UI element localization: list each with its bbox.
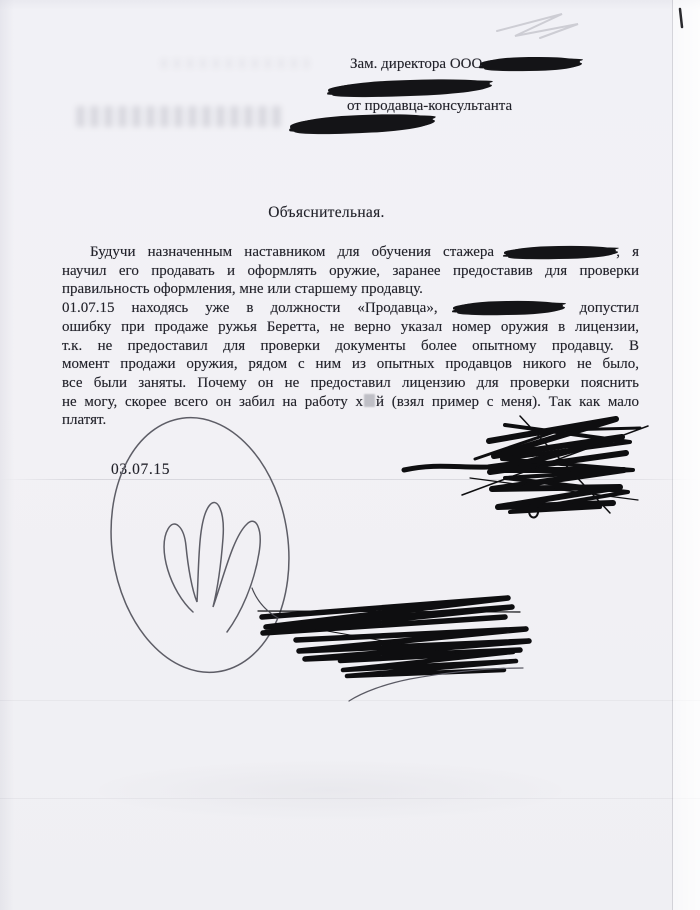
text-run: й (взял пример с меня). Так как мало — [376, 394, 639, 410]
redaction-scribble — [454, 300, 562, 315]
text-run: , я — [616, 244, 639, 260]
paper-smudge — [90, 760, 570, 820]
scanned-document-page: Зам. директора ОООот продавца-консультан… — [0, 0, 700, 910]
censor-blur — [364, 394, 375, 407]
body-line: не могу, скорее всего он забил на работу… — [62, 393, 639, 412]
bleed-through-text — [160, 58, 310, 69]
body-line: ошибку при продаже ружья Беретта, не вер… — [62, 318, 639, 337]
header-line — [292, 115, 645, 136]
paper-margin-strip — [673, 0, 700, 910]
body-line: правильность оформления, мне или старшем… — [62, 280, 639, 299]
body-line: 01.07.15 находясь уже в должности «Прода… — [62, 299, 639, 318]
text-run: правильность оформления, мне или старшем… — [62, 281, 423, 297]
redaction-scribble — [482, 56, 580, 71]
document-title: Объяснительная. — [38, 204, 615, 222]
paper-fold-crease — [0, 700, 700, 701]
body-line: все были заняты. Почему он не предостави… — [62, 374, 639, 393]
document-header: Зам. директора ОООот продавца-консультан… — [330, 55, 645, 136]
body-line: Будучи назначенным наставником для обуче… — [62, 243, 639, 262]
text-run: все были заняты. Почему он не предостави… — [62, 375, 639, 391]
text-run: Будучи назначенным наставником для обуче… — [90, 244, 506, 260]
header-line: от продавца-консультанта — [347, 97, 645, 116]
body-line: научил его продавать и оформлять оружие,… — [62, 262, 639, 281]
text-run: допустил — [563, 300, 639, 316]
redaction-scribble — [506, 245, 616, 259]
text-run: т.к. не предоставил для проверки докумен… — [62, 338, 639, 354]
signature-redaction-scribble — [404, 416, 648, 517]
text-run: научил его продавать и оформлять оружие,… — [62, 263, 639, 279]
faint-pen-scribble — [497, 14, 578, 38]
bottom-redaction-scribble — [252, 588, 529, 676]
document-body: Будучи назначенным наставником для обуче… — [62, 243, 639, 430]
text-run: Зам. директора ООО — [350, 56, 482, 72]
pen-oval-doodle — [95, 406, 305, 684]
text-run: не могу, скорее всего он забил на работу… — [62, 394, 363, 410]
pen-petals-doodle — [164, 502, 260, 632]
text-run: ошибку при продаже ружья Беретта, не вер… — [62, 319, 639, 335]
bleed-through-text — [76, 106, 286, 127]
text-run: платят. — [62, 412, 106, 428]
redaction-scribble — [330, 77, 490, 98]
text-run: момент продажи оружия, рядом с ним из оп… — [62, 356, 639, 372]
text-run: от продавца-консультанта — [347, 98, 512, 114]
body-line: момент продажи оружия, рядом с ним из оп… — [62, 355, 639, 374]
body-line: т.к. не предоставил для проверки докумен… — [62, 337, 639, 356]
document-date: 03.07.15 — [111, 461, 170, 479]
signature-flourish — [349, 668, 523, 701]
paper-fold-crease — [0, 479, 700, 480]
body-line: платят. — [62, 411, 639, 430]
text-run: 01.07.15 находясь уже в должности «Прода… — [62, 300, 455, 316]
redaction-scribble — [292, 112, 434, 136]
header-line: Зам. директора ООО — [350, 55, 645, 74]
